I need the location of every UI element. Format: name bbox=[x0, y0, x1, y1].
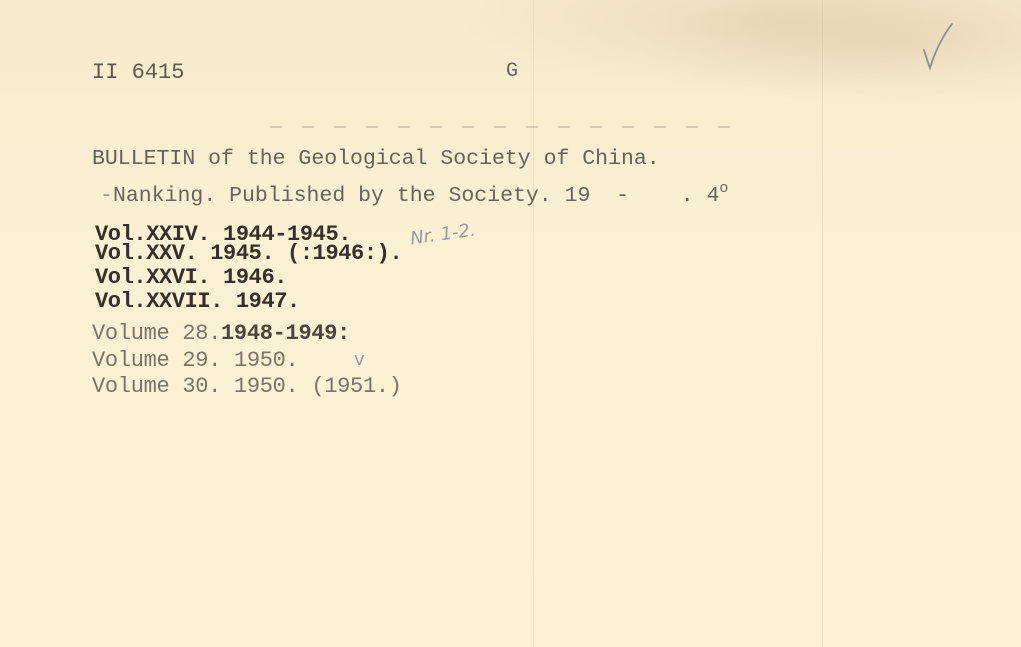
holding-years: 1945. (:1946:). bbox=[210, 241, 402, 266]
holding-line: Volume 29. 1950. bbox=[92, 350, 298, 372]
paper-crease bbox=[822, 0, 823, 647]
holding-volume: Volume 29. bbox=[92, 348, 221, 373]
holding-line: Vol.XXV. 1945. (:1946:). bbox=[95, 243, 402, 265]
holding-volume: Vol.XXVII. bbox=[95, 289, 223, 314]
holding-years: 1947. bbox=[236, 289, 300, 314]
pencil-annotation: Nr. 1-2. bbox=[409, 220, 477, 250]
title-line: BULLETIN of the Geological Society of Ch… bbox=[92, 149, 660, 171]
catalog-card: II 6415 G BULLETIN of the Geological Soc… bbox=[0, 0, 1021, 647]
holding-years: 1948-1949: bbox=[221, 321, 350, 346]
imprint-text: Nanking. Published by the Society. 19 - … bbox=[113, 184, 719, 208]
call-number: II 6415 bbox=[92, 62, 184, 84]
pencil-annotation: v bbox=[354, 349, 365, 370]
paper-crease bbox=[533, 0, 534, 647]
holding-years: 1950. (1951.) bbox=[234, 374, 402, 399]
holding-volume: Volume 30. bbox=[92, 374, 221, 399]
indent-dash: - bbox=[100, 186, 113, 208]
holding-years: 1950. bbox=[234, 348, 299, 373]
faint-rule bbox=[270, 126, 740, 128]
holding-volume: Vol.XXVI. bbox=[95, 265, 210, 290]
holding-line: Vol.XXVI. 1946. bbox=[95, 267, 287, 289]
check-mark-icon bbox=[918, 20, 958, 72]
class-mark: G bbox=[506, 62, 518, 82]
holding-years: 1946. bbox=[223, 265, 287, 290]
holding-line: Vol.XXVII. 1947. bbox=[95, 291, 300, 313]
holding-volume: Volume 28. bbox=[92, 321, 221, 346]
format-superscript: o bbox=[719, 180, 728, 197]
holding-volume: Vol.XXV. bbox=[95, 241, 197, 266]
imprint-line: Nanking. Published by the Society. 19 - … bbox=[113, 186, 728, 208]
holding-line: Volume 28.1948-1949: bbox=[92, 323, 350, 345]
holding-line: Volume 30. 1950. (1951.) bbox=[92, 376, 402, 398]
